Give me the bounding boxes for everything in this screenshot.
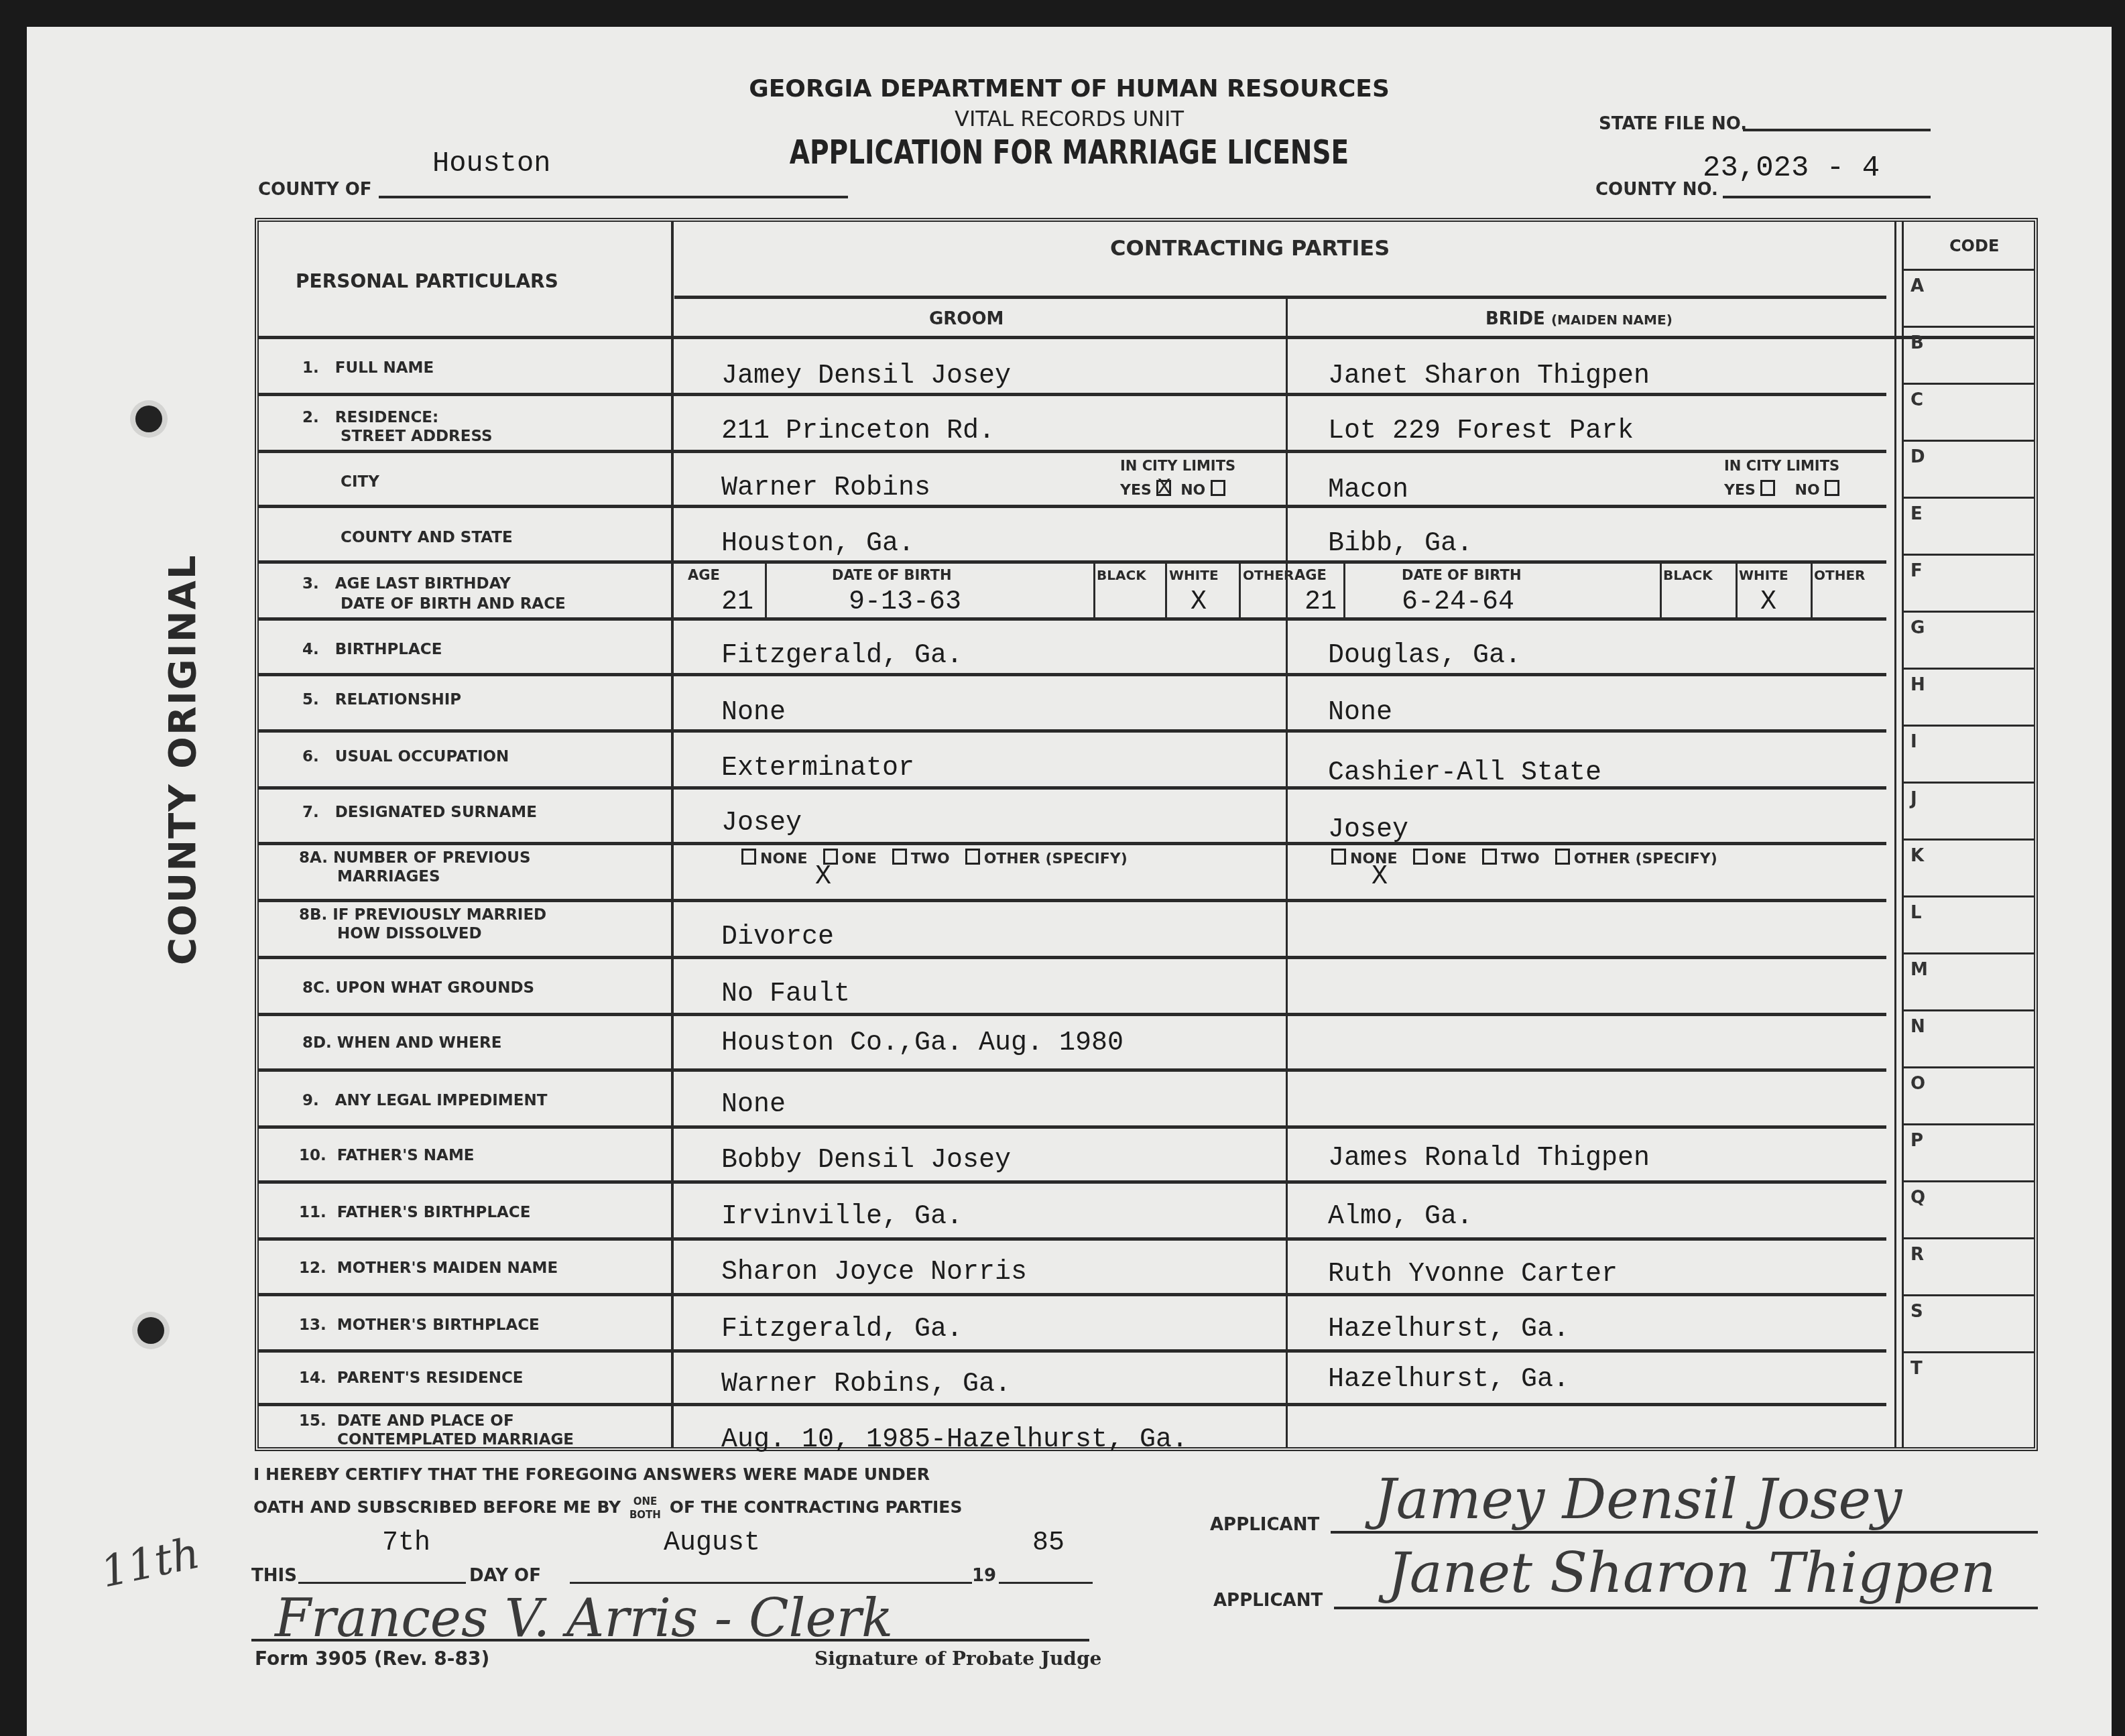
code-letter-d: D: [1910, 447, 1925, 467]
row-line: [259, 1237, 1886, 1241]
groom-marriages-none-checkbox[interactable]: [741, 849, 756, 865]
row-line: [259, 1125, 1886, 1129]
groom-fathers-name[interactable]: Bobby Densil Josey: [721, 1145, 1011, 1176]
code-letter-a: A: [1910, 276, 1924, 296]
cell-divider: [1093, 560, 1095, 617]
certification-year-value[interactable]: 85: [1032, 1528, 1065, 1558]
groom-marriages-other-checkbox[interactable]: [965, 849, 980, 865]
code-letter-n: N: [1910, 1017, 1925, 1037]
row-line: [259, 673, 1886, 676]
row-line: [259, 899, 1886, 902]
row-line: [259, 393, 1886, 396]
judge-signature-label: Signature of Probate Judge: [814, 1648, 1101, 1670]
cell-divider: [1165, 560, 1167, 617]
code-letter-r: R: [1910, 1245, 1924, 1265]
groom-black-header: BLACK: [1097, 567, 1146, 583]
certification-line-2: OATH AND SUBSCRIBED BEFORE ME BY ONEBOTH…: [253, 1495, 962, 1522]
row-label-age-dob-race: 3. AGE LAST BIRTHDAYDATE OF BIRTH AND RA…: [302, 574, 566, 614]
code-letter-p: P: [1910, 1131, 1923, 1151]
groom-city-limits-no-checkbox[interactable]: [1211, 480, 1225, 496]
row-line: [259, 1293, 1886, 1296]
state-file-no-label: STATE FILE NO.: [1599, 114, 1747, 134]
bride-city-limits-label: IN CITY LIMITS: [1724, 458, 1839, 474]
row-label-city: CITY: [341, 473, 379, 491]
contracting-parties-header: CONTRACTING PARTIES: [1110, 235, 1390, 261]
bride-parents-residence[interactable]: Hazelhurst, Ga.: [1328, 1365, 1569, 1395]
groom-age[interactable]: 21: [721, 587, 753, 617]
certification-day-value[interactable]: 7th: [382, 1528, 430, 1558]
groom-street[interactable]: 211 Princeton Rd.: [721, 416, 995, 446]
groom-full-name[interactable]: Jamey Densil Josey: [721, 361, 1011, 391]
code-header: CODE: [1949, 237, 1999, 255]
code-letter-j: J: [1910, 789, 1917, 809]
cell-divider: [1239, 560, 1241, 617]
certification-line-1: I HEREBY CERTIFY THAT THE FOREGOING ANSW…: [253, 1465, 930, 1484]
row-label-how-dissolved: 8B. IF PREVIOUSLY MARRIEDHOW DISSOLVED: [299, 906, 546, 943]
code-letter-c: C: [1910, 390, 1923, 410]
day-underline: [298, 1582, 466, 1584]
row-label-county-state: COUNTY AND STATE: [341, 529, 513, 546]
groom-legal-impediment[interactable]: None: [721, 1090, 786, 1120]
groom-when-where[interactable]: Houston Co.,Ga. Aug. 1980: [721, 1028, 1124, 1058]
row-line: [259, 842, 1886, 845]
code-letter-l: L: [1910, 903, 1922, 923]
bride-marriages-other-checkbox[interactable]: [1555, 849, 1570, 865]
row-label-when-where: 8D. WHEN AND WHERE: [302, 1034, 501, 1052]
groom-how-dissolved[interactable]: Divorce: [721, 922, 834, 952]
row-label-full-name: 1. FULL NAME: [302, 359, 434, 377]
groom-surname[interactable]: Josey: [721, 808, 802, 839]
code-letter-e: E: [1910, 504, 1923, 524]
document-page: GEORGIA DEPARTMENT OF HUMAN RESOURCES VI…: [27, 27, 2112, 1736]
row-label-fathers-birthplace: 11. FATHER'S BIRTHPLACE: [299, 1204, 530, 1221]
bride-previous-marriages-mark[interactable]: X: [1372, 862, 1388, 892]
bride-header-sub: (MAIDEN NAME): [1551, 312, 1673, 328]
county-original-label: COUNTY ORIGINAL: [161, 554, 204, 965]
applicant-signature-bride[interactable]: Janet Sharon Thigpen: [1388, 1542, 1996, 1605]
code-letter-i: I: [1910, 732, 1917, 752]
groom-fathers-birthplace[interactable]: Irvinville, Ga.: [721, 1202, 963, 1232]
row-label-grounds: 8C. UPON WHAT GROUNDS: [302, 979, 534, 997]
county-of-label: COUNTY OF: [258, 180, 372, 200]
groom-city-limits-yes-checkbox[interactable]: X: [1156, 480, 1171, 496]
cell-divider: [765, 560, 767, 617]
bride-mothers-birthplace[interactable]: Hazelhurst, Ga.: [1328, 1314, 1569, 1345]
row-label-fathers-name: 10. FATHER'S NAME: [299, 1147, 474, 1164]
groom-city-limits-checks: YES X NO: [1120, 480, 1229, 499]
row-label-birthplace: 4. BIRTHPLACE: [302, 641, 442, 658]
one-both-selector[interactable]: ONEBOTH: [629, 1495, 661, 1522]
code-letter-b: B: [1910, 333, 1924, 353]
groom-birthplace[interactable]: Fitzgerald, Ga.: [721, 641, 963, 671]
bride-dob-header: DATE OF BIRTH: [1402, 567, 1522, 583]
bride-white-header: WHITE: [1739, 567, 1788, 583]
header-divider: [259, 336, 2034, 339]
bride-city-limits-checks: YES NO: [1724, 480, 1843, 499]
bride-fathers-birthplace[interactable]: Almo, Ga.: [1328, 1202, 1473, 1232]
applicant-signature-groom[interactable]: Jamey Densil Josey: [1374, 1468, 1902, 1532]
judge-signature-line: [251, 1639, 1089, 1641]
cell-divider: [1811, 560, 1813, 617]
cell-divider: [1343, 560, 1345, 617]
groom-mothers-birthplace[interactable]: Fitzgerald, Ga.: [721, 1314, 963, 1345]
bride-other-header: OTHER: [1814, 567, 1865, 583]
groom-dob-header: DATE OF BIRTH: [832, 567, 952, 583]
row-line: [259, 617, 1886, 621]
bride-city[interactable]: Macon: [1328, 475, 1408, 505]
particulars-table: PERSONAL PARTICULARS CONTRACTING PARTIES…: [255, 218, 2038, 1451]
row-label-parents-residence: 14. PARENT'S RESIDENCE: [299, 1369, 523, 1387]
groom-age-header: AGE: [688, 567, 720, 583]
groom-mothers-maiden-name[interactable]: Sharon Joyce Norris: [721, 1257, 1027, 1288]
county-of-underline: [379, 196, 848, 198]
groom-city-limits-label: IN CITY LIMITS: [1120, 458, 1235, 474]
bride-age[interactable]: 21: [1304, 587, 1337, 617]
county-no-underline: [1723, 196, 1931, 198]
groom-previous-marriages-options: NONE ONE TWO OTHER (SPECIFY): [741, 849, 1128, 867]
groom-occupation[interactable]: Exterminator: [721, 753, 914, 784]
bride-birthplace[interactable]: Douglas, Ga.: [1328, 641, 1521, 671]
groom-marriages-two-checkbox[interactable]: [892, 849, 907, 865]
row-label-mothers-birthplace: 13. MOTHER'S BIRTHPLACE: [299, 1316, 540, 1334]
col-divider-labels: [671, 222, 674, 1447]
groom-relationship[interactable]: None: [721, 698, 786, 728]
row-line: [259, 1180, 1886, 1184]
code-letter-o: O: [1910, 1074, 1925, 1094]
row-line: [259, 1068, 1886, 1072]
bride-marriages-none-checkbox[interactable]: [1331, 849, 1346, 865]
groom-previous-marriages-mark[interactable]: X: [815, 862, 831, 892]
row-line: [259, 505, 1886, 508]
this-label: THIS: [251, 1566, 297, 1586]
punch-hole-bottom: [137, 1317, 164, 1344]
row-line: [259, 1013, 1886, 1016]
groom-contemplated-marriage[interactable]: Aug. 10, 1985-Hazelhurst, Ga.: [721, 1425, 1188, 1455]
form-number: Form 3905 (Rev. 8-83): [255, 1648, 489, 1670]
groom-county-state[interactable]: Houston, Ga.: [721, 529, 914, 559]
code-letter-k: K: [1910, 846, 1924, 866]
bride-street[interactable]: Lot 229 Forest Park: [1328, 416, 1634, 446]
row-label-contemplated-marriage: 15. DATE AND PLACE OFCONTEMPLATED MARRIA…: [299, 1412, 574, 1449]
row-label-relationship: 5. RELATIONSHIP: [302, 691, 461, 708]
bride-county-state[interactable]: Bibb, Ga.: [1328, 529, 1473, 559]
bride-header: BRIDE (MAIDEN NAME): [1485, 309, 1673, 329]
row-label-mothers-maiden-name: 12. MOTHER'S MAIDEN NAME: [299, 1259, 558, 1277]
row-line: [259, 729, 1886, 733]
groom-dob[interactable]: 9-13-63: [849, 587, 961, 617]
groom-header: GROOM: [929, 309, 1004, 329]
groom-race-white-mark[interactable]: X: [1191, 587, 1207, 617]
code-letter-q: Q: [1910, 1188, 1925, 1208]
county-no-value[interactable]: 23,023 - 4: [1703, 151, 1880, 185]
cell-divider: [1736, 560, 1738, 617]
subheader-divider: [674, 296, 1886, 299]
bride-surname[interactable]: Josey: [1328, 815, 1408, 845]
row-label-legal-impediment: 9. ANY LEGAL IMPEDIMENT: [302, 1092, 547, 1109]
county-no-label: COUNTY NO.: [1595, 180, 1718, 200]
certification-month-value[interactable]: August: [664, 1528, 760, 1558]
bride-race-white-mark[interactable]: X: [1760, 587, 1776, 617]
bride-marriages-one-checkbox[interactable]: [1413, 849, 1428, 865]
col-divider-groom-bride: [1286, 296, 1288, 1447]
bride-full-name[interactable]: Janet Sharon Thigpen: [1328, 361, 1650, 391]
agency-name: GEORGIA DEPARTMENT OF HUMAN RESOURCES: [27, 75, 2112, 103]
row-label-residence: 2. RESIDENCE:STREET ADDRESS: [302, 408, 493, 446]
bride-fathers-name[interactable]: James Ronald Thigpen: [1328, 1143, 1650, 1174]
row-label-occupation: 6. USUAL OCCUPATION: [302, 748, 509, 765]
bride-black-header: BLACK: [1663, 567, 1713, 583]
row-line: [259, 956, 1886, 959]
code-letter-h: H: [1910, 675, 1925, 695]
row-line: [259, 1349, 1886, 1353]
row-label-surname: 7. DESIGNATED SURNAME: [302, 804, 537, 821]
bride-marriages-two-checkbox[interactable]: [1482, 849, 1497, 865]
code-letter-t: T: [1910, 1359, 1923, 1379]
cell-divider: [1660, 560, 1662, 617]
groom-other-header: OTHER: [1243, 567, 1294, 583]
bride-occupation[interactable]: Cashier-All State: [1328, 758, 1601, 788]
bride-city-limits-no-checkbox[interactable]: [1825, 480, 1839, 496]
row-label-previous-marriages: 8A. NUMBER OF PREVIOUSMARRIAGES: [299, 849, 530, 886]
bride-mothers-maiden-name[interactable]: Ruth Yvonne Carter: [1328, 1259, 1618, 1290]
code-column: CODE A B C D E F G H I J K L M N O P Q R…: [1902, 222, 2034, 1447]
row-line: [259, 450, 1886, 453]
bride-age-header: AGE: [1294, 567, 1327, 583]
applicant-line-2: [1334, 1607, 2038, 1609]
year-underline: [999, 1582, 1093, 1584]
state-file-no-underline: [1743, 129, 1931, 131]
row-line: [259, 786, 1886, 790]
bride-previous-marriages-options: NONE ONE TWO OTHER (SPECIFY): [1331, 849, 1717, 867]
unit-name: VITAL RECORDS UNIT: [27, 106, 2112, 131]
code-letter-f: F: [1910, 561, 1923, 581]
groom-parents-residence[interactable]: Warner Robins, Ga.: [721, 1369, 1011, 1400]
code-letter-m: M: [1910, 960, 1928, 980]
groom-grounds[interactable]: No Fault: [721, 979, 850, 1009]
code-letter-g: G: [1910, 618, 1925, 638]
groom-city[interactable]: Warner Robins: [721, 473, 930, 503]
day-of-label: DAY OF: [469, 1566, 541, 1586]
bride-city-limits-yes-checkbox[interactable]: [1760, 480, 1775, 496]
applicant-label-2: APPLICANT: [1213, 1591, 1323, 1611]
applicant-label-1: APPLICANT: [1210, 1515, 1319, 1535]
margin-note: 11th: [97, 1528, 204, 1597]
bride-dob[interactable]: 6-24-64: [1402, 587, 1514, 617]
punch-hole-top: [135, 406, 162, 432]
row-line: [259, 560, 1886, 564]
month-underline: [570, 1582, 972, 1584]
year-prefix: 19: [972, 1566, 996, 1586]
row-line: [259, 1403, 1886, 1406]
bride-relationship[interactable]: None: [1328, 698, 1392, 728]
code-letter-s: S: [1910, 1302, 1923, 1322]
county-of-value[interactable]: Houston: [432, 147, 550, 180]
personal-particulars-header: PERSONAL PARTICULARS: [296, 270, 558, 292]
groom-white-header: WHITE: [1169, 567, 1219, 583]
